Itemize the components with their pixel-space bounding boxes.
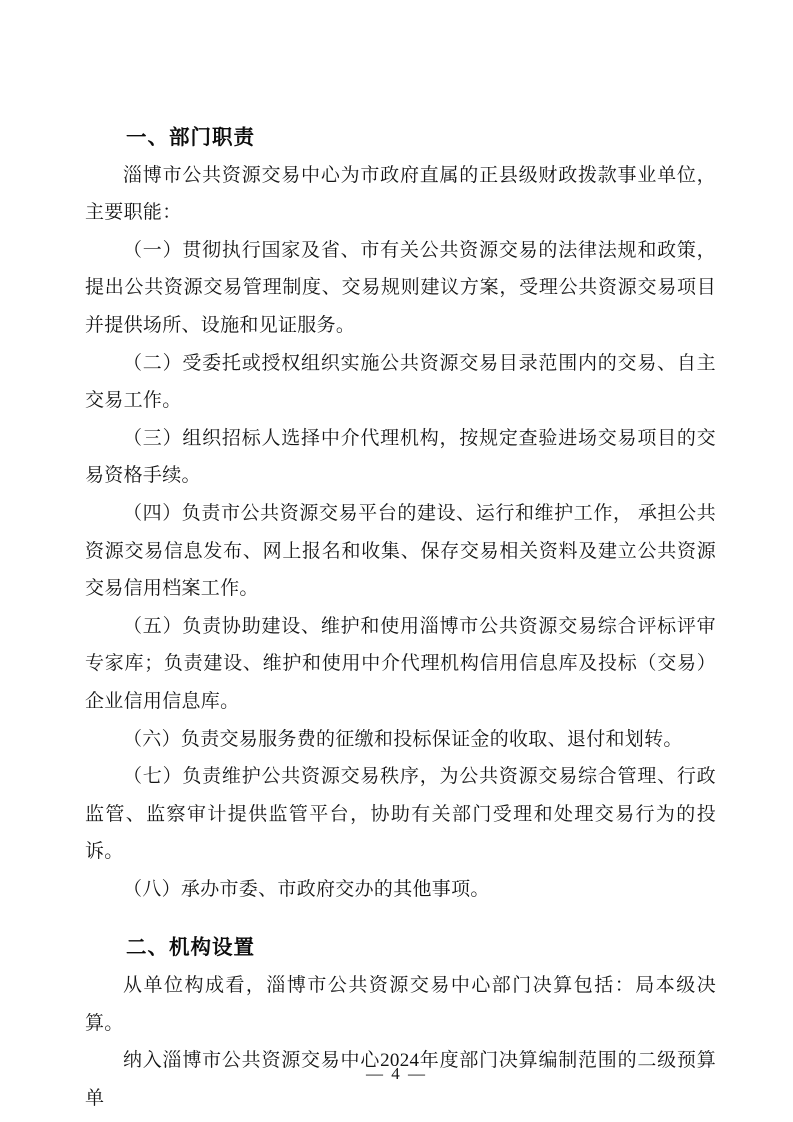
page-content: 一、部门职责 淄博市公共资源交易中心为市政府直属的正县级财政拨款事业单位，主要职… (85, 119, 716, 1117)
paragraph-duty-4: （四）负责市公共资源交易平台的建设、运行和维护工作， 承担公共资源交易信息发布、… (85, 495, 716, 608)
paragraph-duty-7: （七）负责维护公共资源交易秩序，为公共资源交易综合管理、行政监管、监察审计提供监… (85, 758, 716, 871)
paragraph-duty-6: （六）负责交易服务费的征缴和投标保证金的收取、退付和划转。 (85, 721, 716, 759)
section-1-heading: 一、部门职责 (85, 119, 716, 157)
paragraph-intro: 淄博市公共资源交易中心为市政府直属的正县级财政拨款事业单位，主要职能： (85, 157, 716, 232)
document-page: 一、部门职责 淄博市公共资源交易中心为市政府直属的正县级财政拨款事业单位，主要职… (0, 0, 793, 1122)
page-number: — 4 — (0, 1064, 793, 1084)
paragraph-org-1: 从单位构成看，淄博市公共资源交易中心部门决算包括：局本级决算。 (85, 967, 716, 1042)
paragraph-duty-5: （五）负责协助建设、维护和使用淄博市公共资源交易综合评标评审专家库；负责建设、维… (85, 608, 716, 721)
paragraph-duty-1: （一）贯彻执行国家及省、市有关公共资源交易的法律法规和政策，提出公共资源交易管理… (85, 232, 716, 345)
paragraph-duty-2: （二）受委托或授权组织实施公共资源交易目录范围内的交易、自主交易工作。 (85, 345, 716, 420)
paragraph-duty-3: （三）组织招标人选择中介代理机构，按规定查验进场交易项目的交易资格手续。 (85, 420, 716, 495)
paragraph-duty-8: （八）承办市委、市政府交办的其他事项。 (85, 871, 716, 909)
section-2-heading: 二、机构设置 (85, 929, 716, 967)
